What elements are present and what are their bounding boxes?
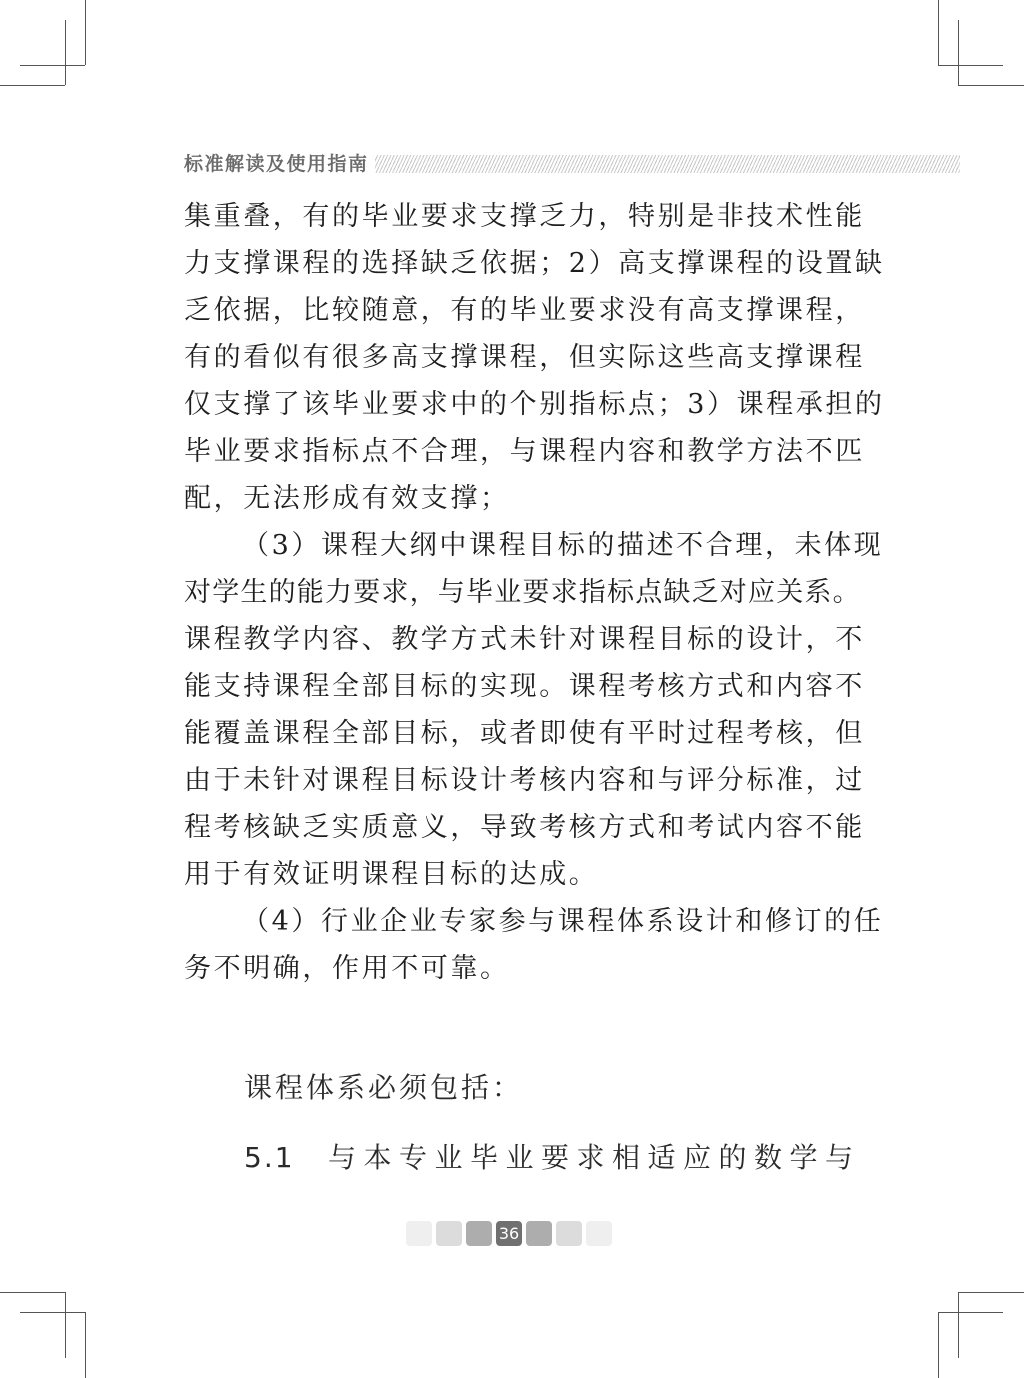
paragraph-start-line: （4）行业企业专家参与课程体系设计和修订的任	[184, 898, 844, 945]
crop-mark-bottom-left	[0, 1292, 65, 1293]
page-indicator-box	[586, 1221, 612, 1246]
crop-mark-top-right	[958, 20, 959, 85]
text-line: 配，无法形成有效支撑；	[184, 475, 844, 522]
text-line: 对学生的能力要求，与毕业要求指标点缺乏对应关系。	[184, 569, 844, 616]
text-line: 乏依据，比较随意，有的毕业要求没有高支撑课程，	[184, 287, 844, 334]
text-line: 课程教学内容、教学方式未针对课程目标的设计，不	[184, 616, 844, 663]
page-indicator: 36	[406, 1221, 612, 1246]
section-item: 5.1 与本专业毕业要求相适应的数学与	[244, 1136, 861, 1180]
text-line: 集重叠，有的毕业要求支撑乏力，特别是非技术性能	[184, 193, 844, 240]
page-number: 36	[496, 1221, 522, 1246]
body-text: 集重叠，有的毕业要求支撑乏力，特别是非技术性能 力支撑课程的选择缺乏依据；2）高…	[184, 193, 844, 992]
page-indicator-box	[406, 1221, 432, 1246]
crop-mark-bottom-left	[20, 1312, 85, 1313]
running-header: 标准解读及使用指南	[184, 151, 960, 177]
text-line: 用于有效证明课程目标的达成。	[184, 851, 844, 898]
crop-mark-bottom-left	[85, 1312, 86, 1378]
crop-mark-top-left	[65, 20, 66, 85]
page-indicator-box	[526, 1221, 552, 1246]
page-indicator-box	[436, 1221, 462, 1246]
text-line: 毕业要求指标点不合理，与课程内容和教学方法不匹	[184, 428, 844, 475]
page-indicator-box	[466, 1221, 492, 1246]
crop-mark-bottom-left	[65, 1292, 66, 1358]
running-header-title: 标准解读及使用指南	[184, 151, 369, 177]
crop-mark-bottom-right	[958, 1292, 1024, 1293]
section-number: 5.1	[244, 1136, 328, 1180]
page-indicator-box	[556, 1221, 582, 1246]
crop-mark-top-left	[20, 65, 85, 66]
text-line: 由于未针对课程目标设计考核内容和与评分标准，过	[184, 757, 844, 804]
crop-mark-bottom-right	[958, 1292, 959, 1358]
paragraph-start-line: （3）课程大纲中课程目标的描述不合理，未体现	[184, 522, 844, 569]
crop-mark-top-right	[938, 65, 1003, 66]
crop-mark-bottom-right	[938, 1312, 939, 1378]
crop-mark-top-left	[0, 85, 65, 86]
crop-mark-top-left	[85, 0, 86, 65]
text-line: 有的看似有很多高支撑课程，但实际这些高支撑课程	[184, 334, 844, 381]
text-line: 力支撑课程的选择缺乏依据；2）高支撑课程的设置缺	[184, 240, 844, 287]
text-line: 程考核缺乏实质意义，导致考核方式和考试内容不能	[184, 804, 844, 851]
text-line: 能覆盖课程全部目标，或者即使有平时过程考核，但	[184, 710, 844, 757]
section-heading: 课程体系必须包括：	[244, 1066, 523, 1110]
text-line: 能支持课程全部目标的实现。课程考核方式和内容不	[184, 663, 844, 710]
text-line: 仅支撑了该毕业要求中的个别指标点；3）课程承担的	[184, 381, 844, 428]
text-line: 务不明确，作用不可靠。	[184, 945, 844, 992]
crop-mark-top-right	[938, 0, 939, 65]
crop-mark-top-right	[958, 85, 1024, 86]
section-item-text: 与本专业毕业要求相适应的数学与	[328, 1136, 861, 1180]
header-hatch-decoration	[375, 155, 960, 173]
crop-mark-bottom-right	[938, 1312, 1003, 1313]
